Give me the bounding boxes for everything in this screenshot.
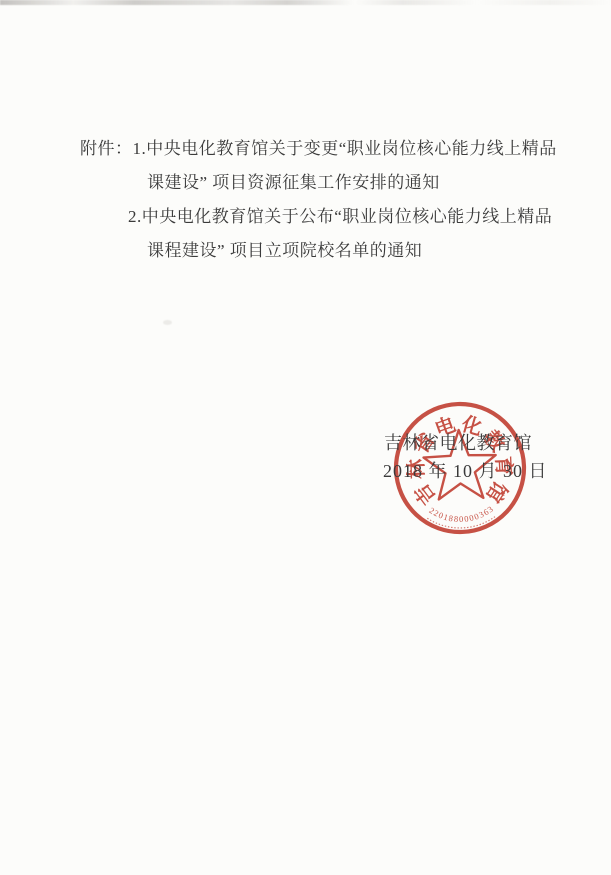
attachment-line: 课建设” 项目资源征集工作安排的通知 [147, 168, 440, 193]
attachment-line: 课程建设” 项目立项院校名单的通知 [147, 236, 422, 261]
document-page: 附件：1.中央电化教育馆关于变更“职业岗位核心能力线上精品 课建设” 项目资源征… [0, 0, 611, 875]
signature-org: 吉林省电化教育馆 [384, 429, 532, 455]
seal-arc-char: 吉 [409, 479, 440, 509]
scan-speck [163, 320, 172, 325]
attachment-line: 2.中央电化教育馆关于公布“职业岗位核心能力线上精品 [128, 202, 552, 227]
signature-date: 2018 年 10 月 30 日 [383, 457, 548, 483]
scan-edge-artifact [0, 0, 611, 5]
attachment-line: 附件：1.中央电化教育馆关于变更“职业岗位核心能力线上精品 [80, 134, 557, 159]
